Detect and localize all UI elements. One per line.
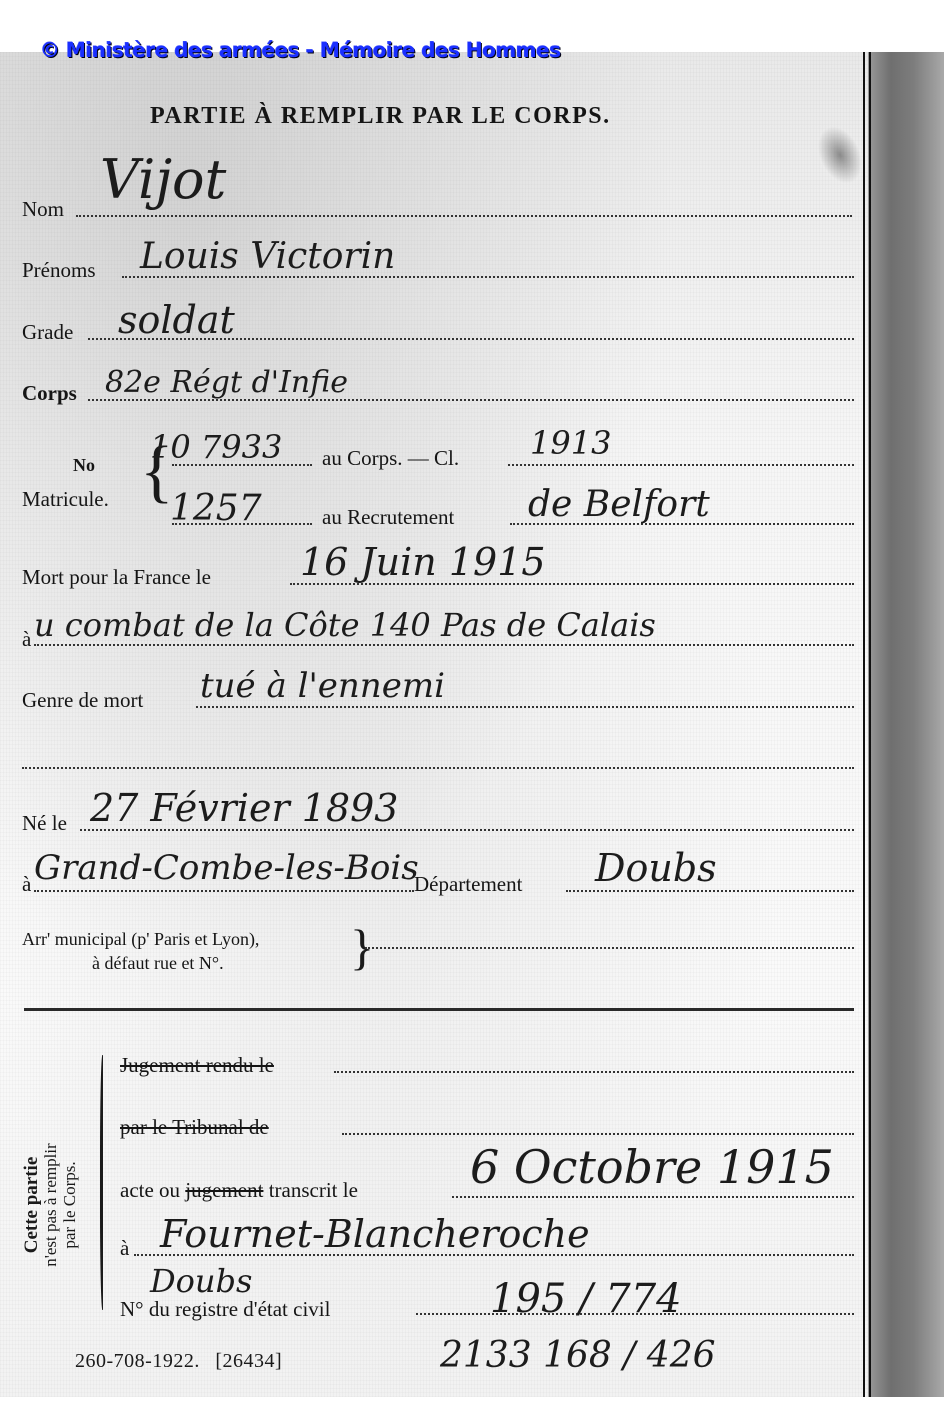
transcrit-label-c: transcrit le <box>269 1178 358 1202</box>
side-note-line1: Cette partie <box>22 1100 41 1310</box>
mort-le-value: 16 Juin 1915 <box>300 540 546 584</box>
ne-a-label: à <box>22 872 31 897</box>
recrutement-label: au Recrutement <box>322 505 454 530</box>
matricule-corps-label: au Corps. — Cl. <box>322 446 459 471</box>
ne-le-label: Né le <box>22 811 67 836</box>
ne-a-line <box>34 890 414 892</box>
tribunal-line <box>342 1133 854 1135</box>
nom-value: Vijot <box>100 148 226 211</box>
print-code-ref: [26434] <box>215 1350 282 1372</box>
arr-line <box>365 947 854 949</box>
side-note: Cette partie n'est pas à remplir par le … <box>22 1100 79 1310</box>
corps-value: 82e Régt d'Infie <box>105 365 348 400</box>
genre-mort-value: tué à l'ennemi <box>200 666 445 706</box>
scan-edge-shadow <box>868 52 944 1397</box>
transcrit-line <box>452 1196 854 1198</box>
transcrit-a-label: à <box>120 1236 129 1261</box>
arr-label-line2: à défaut rue et N°. <box>92 953 224 974</box>
side-note-line3: par le Corps. <box>60 1100 79 1310</box>
copyright-watermark: © Ministère des armées - Mémoire des Hom… <box>40 38 561 62</box>
nom-line <box>76 215 852 217</box>
jugement-line <box>334 1071 854 1073</box>
transcrit-label-a: acte ou <box>120 1178 180 1202</box>
section-divider <box>24 1008 854 1011</box>
mort-a-value: u combat de la Côte 140 Pas de Calais <box>34 606 656 644</box>
prenoms-label: Prénoms <box>22 258 96 283</box>
print-code: 260-708-1922. [26434] <box>75 1350 282 1373</box>
departement-value: Doubs <box>595 846 717 890</box>
registre-label: N° du registre d'état civil <box>120 1297 330 1322</box>
form-title: PARTIE À REMPLIR PAR LE CORPS. <box>150 103 611 130</box>
mort-a-line <box>34 644 854 646</box>
blank-line <box>22 767 854 769</box>
jugement-label: Jugement rendu le <box>120 1053 274 1078</box>
transcrit-value: 6 Octobre 1915 <box>470 1140 834 1194</box>
lower-section-brace <box>100 1055 106 1310</box>
page-border-line <box>863 52 865 1397</box>
departement-label: Département <box>414 872 522 897</box>
departement-line <box>566 890 854 892</box>
arr-label-line1: Arr' municipal (p' Paris et Lyon), <box>22 929 259 950</box>
matricule-corps-value: 10 7933 <box>150 428 282 466</box>
transcrit-a-value2: Doubs <box>150 1262 252 1300</box>
nom-label: Nom <box>22 197 64 222</box>
ne-le-value: 27 Février 1893 <box>90 786 398 830</box>
handwritten-ref: 2133 168 / 426 <box>440 1335 716 1376</box>
grade-label: Grade <box>22 320 73 345</box>
side-note-line2: n'est pas à remplir <box>41 1100 60 1310</box>
page-border-line <box>869 52 871 1397</box>
tribunal-label: par le Tribunal de <box>120 1115 269 1140</box>
transcrit-a-value: Fournet-Blancheroche <box>160 1212 590 1256</box>
genre-mort-line <box>196 706 854 708</box>
classe-value: 1913 <box>530 424 611 462</box>
registre-value: 195 / 774 <box>490 1276 682 1322</box>
prenoms-value: Louis Victorin <box>140 236 395 277</box>
transcrit-label-b: jugement <box>185 1178 263 1202</box>
ne-a-value: Grand-Combe-les-Bois <box>34 848 419 888</box>
transcrit-label: acte ou jugement transcrit le <box>120 1178 358 1203</box>
grade-value: soldat <box>118 298 235 342</box>
classe-line <box>508 464 854 466</box>
matricule-label: Matricule. <box>22 487 109 512</box>
mort-le-label: Mort pour la France le <box>22 565 211 590</box>
matricule-no-label: No <box>73 455 95 476</box>
corps-label: Corps <box>22 381 77 406</box>
matricule-recrutement-value: 1257 <box>170 488 262 529</box>
genre-mort-label: Genre de mort <box>22 688 143 713</box>
print-code-number: 260-708-1922. <box>75 1350 200 1372</box>
mort-a-label: à <box>22 627 31 652</box>
recrutement-place-value: de Belfort <box>528 484 710 525</box>
